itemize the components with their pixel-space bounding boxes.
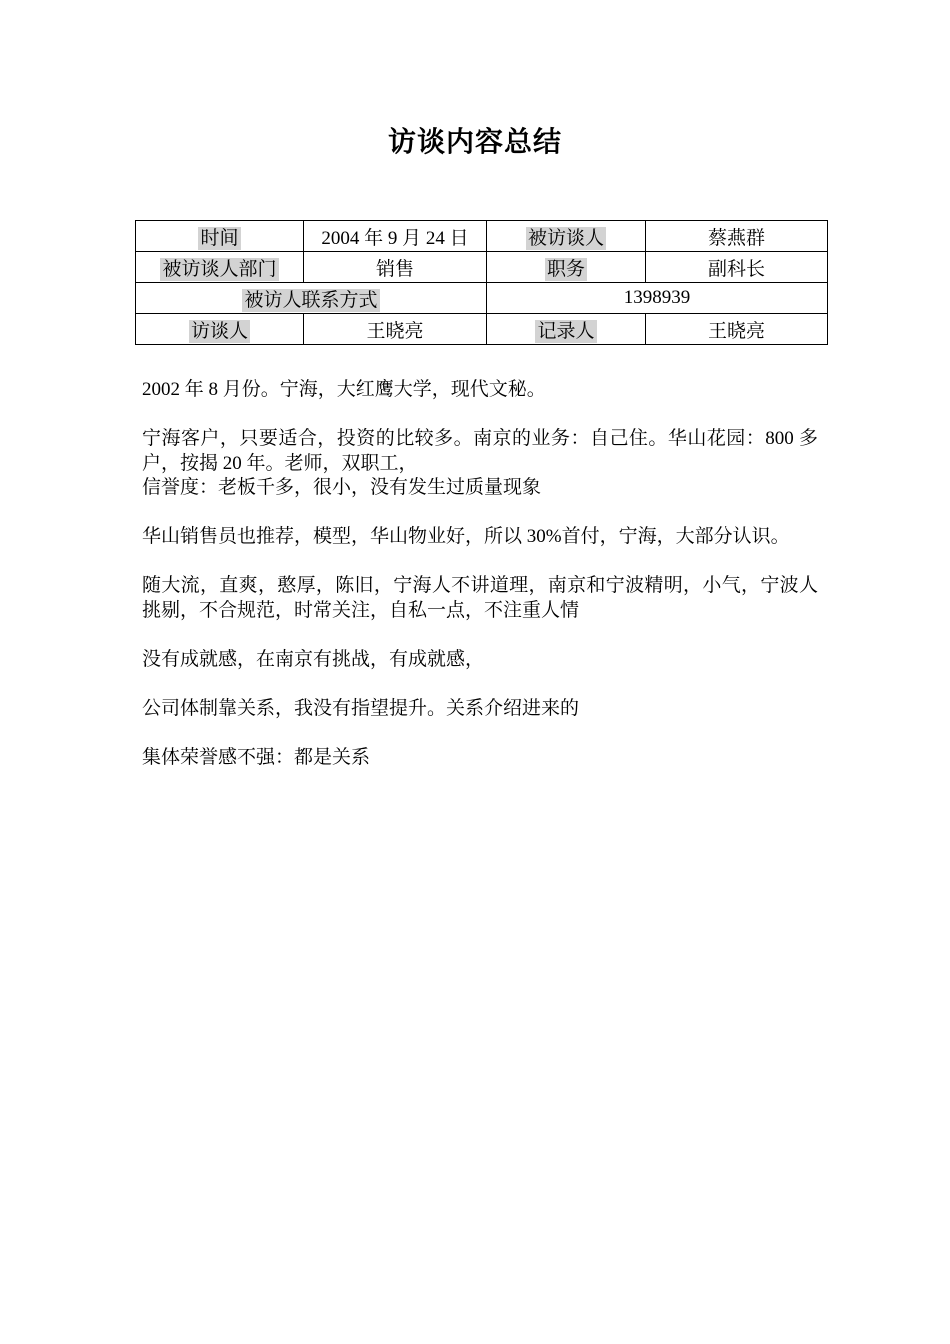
paragraph-1: 2002 年 8 月份。宁海，大红鹰大学，现代文秘。 xyxy=(142,378,818,403)
paragraph-text: 随大流，直爽，憨厚，陈旧，宁海人不讲道理，南京和宁波精明，小气，宁波人挑剔，不合… xyxy=(142,574,818,623)
paragraph-7: 集体荣誉感不强：都是关系 xyxy=(142,746,818,771)
paragraph-text: 华山销售员也推荐，模型，华山物业好，所以 30%首付，宁海，大部分认识。 xyxy=(142,525,818,550)
recorder-value: 王晓亮 xyxy=(646,314,828,345)
paragraph-text: 公司体制靠关系，我没有指望提升。关系介绍进来的 xyxy=(142,697,818,722)
interviewer-value: 王晓亮 xyxy=(304,314,487,345)
time-label: 时间 xyxy=(198,227,240,250)
recorder-label-cell: 记录人 xyxy=(487,314,646,345)
position-value: 副科长 xyxy=(646,252,828,283)
department-label: 被访谈人部门 xyxy=(160,258,278,281)
interviewer-label-cell: 访谈人 xyxy=(136,314,304,345)
table-row-department: 被访谈人部门 销售 职务 副科长 xyxy=(136,252,828,283)
paragraph-text: 2002 年 8 月份。宁海，大红鹰大学，现代文秘。 xyxy=(142,378,818,403)
table-row-contact: 被访人联系方式 1398939 xyxy=(136,283,828,314)
table-row-interviewer: 访谈人 王晓亮 记录人 王晓亮 xyxy=(136,314,828,345)
document-body: 2002 年 8 月份。宁海，大红鹰大学，现代文秘。 宁海客户，只要适合，投资的… xyxy=(142,378,818,770)
paragraph-5: 没有成就感，在南京有挑战，有成就感， xyxy=(142,648,818,673)
time-label-cell: 时间 xyxy=(136,221,304,252)
department-value: 销售 xyxy=(304,252,487,283)
interviewee-label: 被访谈人 xyxy=(526,227,606,250)
position-label-cell: 职务 xyxy=(487,252,646,283)
interviewee-label-cell: 被访谈人 xyxy=(487,221,646,252)
department-label-cell: 被访谈人部门 xyxy=(136,252,304,283)
paragraph-text: 宁海客户，只要适合，投资的比较多。南京的业务：自己住。华山花园：800 多户，按… xyxy=(142,427,818,476)
paragraph-6: 公司体制靠关系，我没有指望提升。关系介绍进来的 xyxy=(142,697,818,722)
paragraph-text: 信誉度：老板千多，很小，没有发生过质量现象 xyxy=(142,476,818,501)
paragraph-4: 随大流，直爽，憨厚，陈旧，宁海人不讲道理，南京和宁波精明，小气，宁波人挑剔，不合… xyxy=(142,574,818,623)
paragraph-2: 宁海客户，只要适合，投资的比较多。南京的业务：自己住。华山花园：800 多户，按… xyxy=(142,427,818,501)
paragraph-3: 华山销售员也推荐，模型，华山物业好，所以 30%首付，宁海，大部分认识。 xyxy=(142,525,818,550)
paragraph-text: 集体荣誉感不强：都是关系 xyxy=(142,746,818,771)
recorder-label: 记录人 xyxy=(535,320,596,343)
contact-label-cell: 被访人联系方式 xyxy=(136,283,487,314)
contact-label: 被访人联系方式 xyxy=(242,289,379,312)
interview-info-table: 时间 2004 年 9 月 24 日 被访谈人 蔡燕群 被访谈人部门 销售 职务… xyxy=(135,220,828,345)
paragraph-text: 没有成就感，在南京有挑战，有成就感， xyxy=(142,648,818,673)
document-page: 访谈内容总结 时间 2004 年 9 月 24 日 被访谈人 蔡燕群 被访谈人部… xyxy=(0,0,950,1344)
page-title: 访谈内容总结 xyxy=(0,0,950,158)
interviewee-value: 蔡燕群 xyxy=(646,221,828,252)
interviewer-label: 访谈人 xyxy=(189,320,250,343)
position-label: 职务 xyxy=(545,258,587,281)
contact-value: 1398939 xyxy=(487,283,828,314)
time-value: 2004 年 9 月 24 日 xyxy=(304,221,487,252)
table-row-time: 时间 2004 年 9 月 24 日 被访谈人 蔡燕群 xyxy=(136,221,828,252)
